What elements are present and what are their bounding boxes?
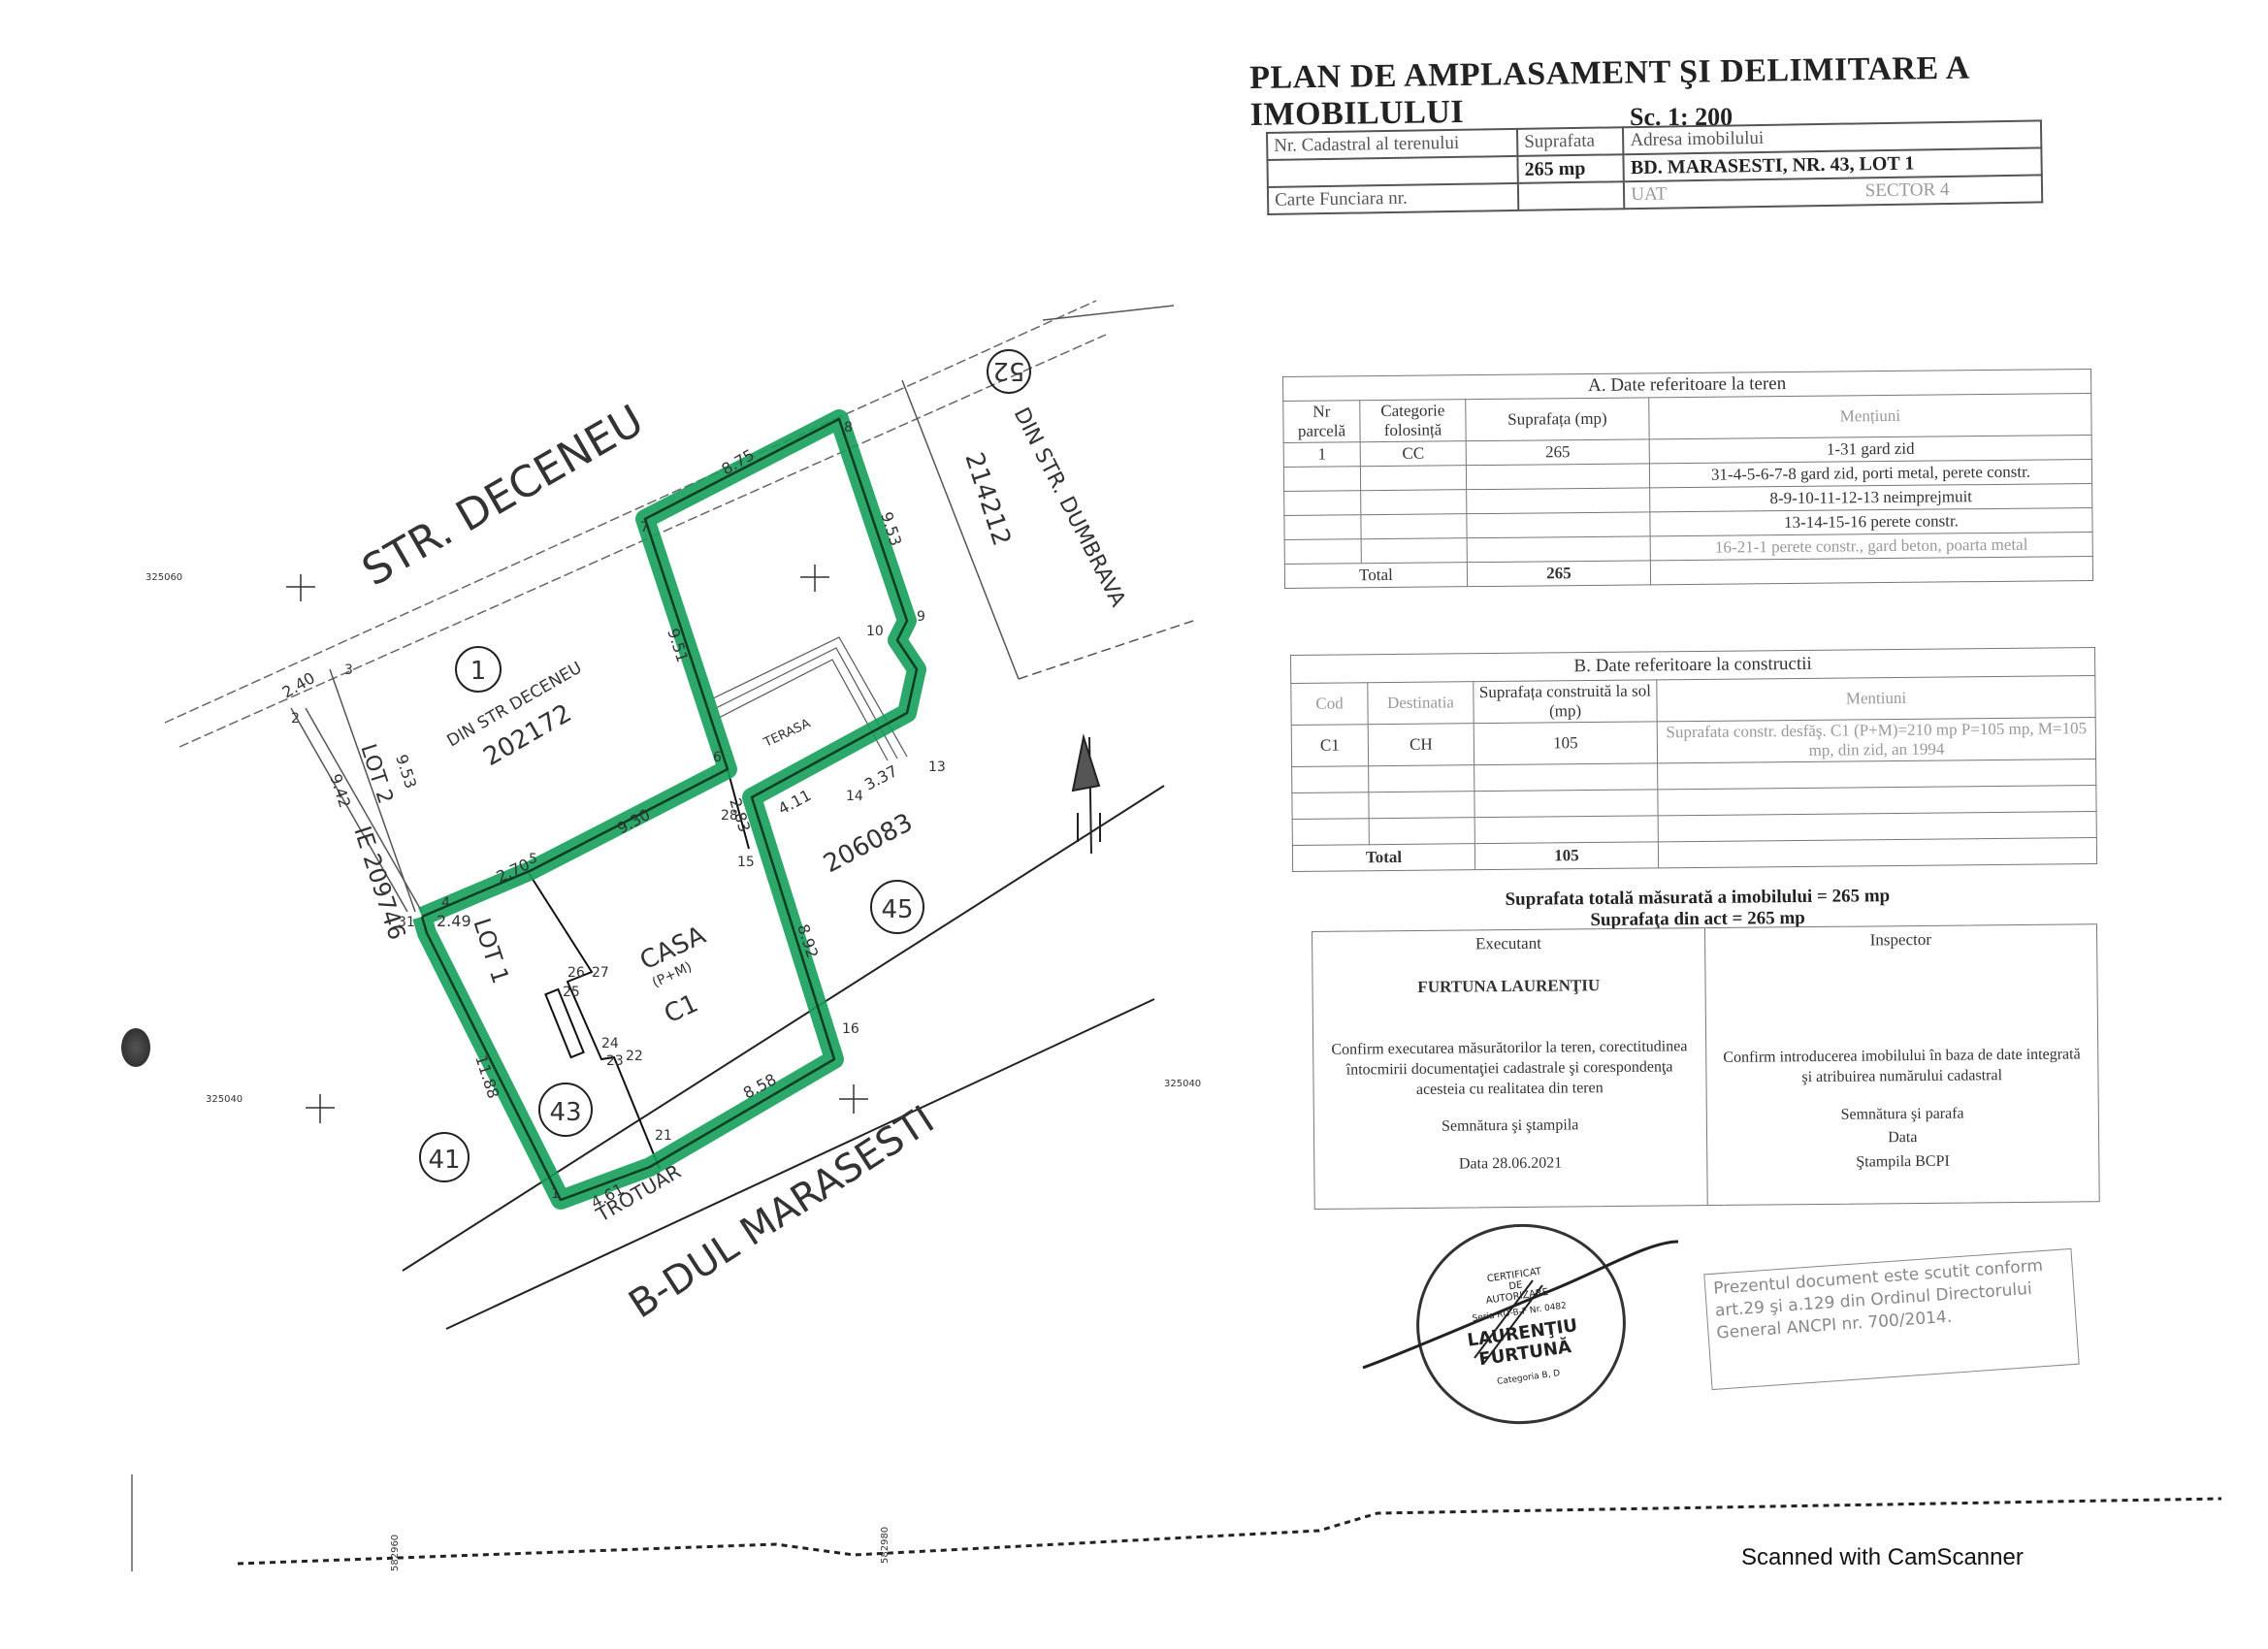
suprafata-value: 265 mp: [1517, 154, 1624, 183]
nr-cadastral-label: Nr. Cadastral al terenului: [1267, 129, 1517, 160]
executant-column: Executant FURTUNA LAURENŢIU Confirm exec…: [1312, 928, 1706, 1209]
svg-text:23: 23: [606, 1053, 624, 1069]
svg-text:8: 8: [844, 420, 853, 436]
svg-text:1: 1: [551, 1186, 560, 1202]
svg-text:24: 24: [601, 1036, 619, 1051]
svg-text:14: 14: [846, 789, 863, 804]
svg-text:C1: C1: [660, 988, 702, 1029]
land-data-table: A. Date referitoare la teren Nr parcelă …: [1282, 369, 2093, 589]
svg-text:325060: 325060: [146, 572, 182, 583]
nr-cadastral-value: [1267, 156, 1517, 187]
inspector-column: Inspector Confirm introducerea imobilulu…: [1703, 924, 2098, 1205]
punch-hole: [121, 1028, 150, 1067]
svg-text:25: 25: [563, 985, 580, 1000]
svg-text:10: 10: [866, 624, 884, 639]
svg-text:26: 26: [567, 965, 585, 981]
svg-text:21: 21: [655, 1128, 672, 1144]
svg-text:LOT 1: LOT 1: [468, 915, 514, 986]
cadastral-header-table: Nr. Cadastral al terenului Suprafata Adr…: [1266, 119, 2043, 215]
svg-text:TERASA: TERASA: [761, 716, 813, 751]
svg-text:5: 5: [529, 852, 537, 867]
svg-text:31: 31: [398, 915, 415, 930]
svg-text:9.53: 9.53: [392, 752, 420, 791]
executant-name: FURTUNA LAURENŢIU: [1324, 975, 1693, 998]
svg-text:41: 41: [428, 1146, 460, 1175]
suprafata-label: Suprafata: [1517, 127, 1624, 156]
svg-text:22: 22: [626, 1049, 643, 1064]
svg-text:45: 45: [881, 895, 913, 924]
svg-text:325040: 325040: [206, 1094, 243, 1105]
signature-box: Executant FURTUNA LAURENŢIU Confirm exec…: [1312, 923, 2100, 1210]
executant-date: Data 28.06.2021: [1326, 1152, 1695, 1176]
svg-text:28: 28: [721, 808, 738, 824]
svg-text:3: 3: [344, 663, 353, 678]
svg-text:27: 27: [592, 965, 609, 981]
svg-text:1: 1: [470, 657, 487, 686]
svg-text:582980: 582980: [880, 1527, 891, 1564]
svg-text:16: 16: [842, 1021, 859, 1037]
svg-text:DIN STR. DUMBRAVA: DIN STR. DUMBRAVA: [1009, 404, 1130, 610]
signature-stroke-icon: [1358, 1222, 1688, 1377]
svg-text:2.40: 2.40: [279, 668, 318, 701]
svg-text:582960: 582960: [390, 1535, 401, 1571]
scanner-watermark: Scanned with CamScanner: [1741, 1544, 2024, 1571]
svg-text:STR. DECENEU: STR. DECENEU: [354, 396, 652, 597]
svg-text:52: 52: [992, 356, 1024, 385]
svg-text:214212: 214212: [958, 449, 1016, 550]
svg-text:7: 7: [640, 520, 649, 535]
svg-text:3.37: 3.37: [861, 761, 900, 794]
svg-text:43: 43: [549, 1098, 581, 1127]
svg-text:2: 2: [291, 711, 300, 727]
construction-data-table: B. Date referitoare la constructii Cod D…: [1290, 647, 2097, 872]
uat-sector: UAT SECTOR 4: [1624, 175, 2042, 209]
svg-text:13: 13: [928, 760, 946, 775]
svg-text:325040: 325040: [1164, 1079, 1201, 1089]
svg-text:206083: 206083: [819, 808, 918, 879]
svg-text:6: 6: [713, 750, 722, 765]
svg-text:LOT 2: LOT 2: [355, 741, 397, 807]
svg-text:15: 15: [737, 855, 755, 870]
svg-text:4: 4: [441, 895, 450, 911]
svg-text:9.42: 9.42: [326, 771, 354, 810]
svg-text:2.49: 2.49: [437, 912, 471, 930]
svg-text:9: 9: [917, 609, 925, 625]
carte-funciara-label: Carte Funciara nr.: [1268, 183, 1518, 214]
